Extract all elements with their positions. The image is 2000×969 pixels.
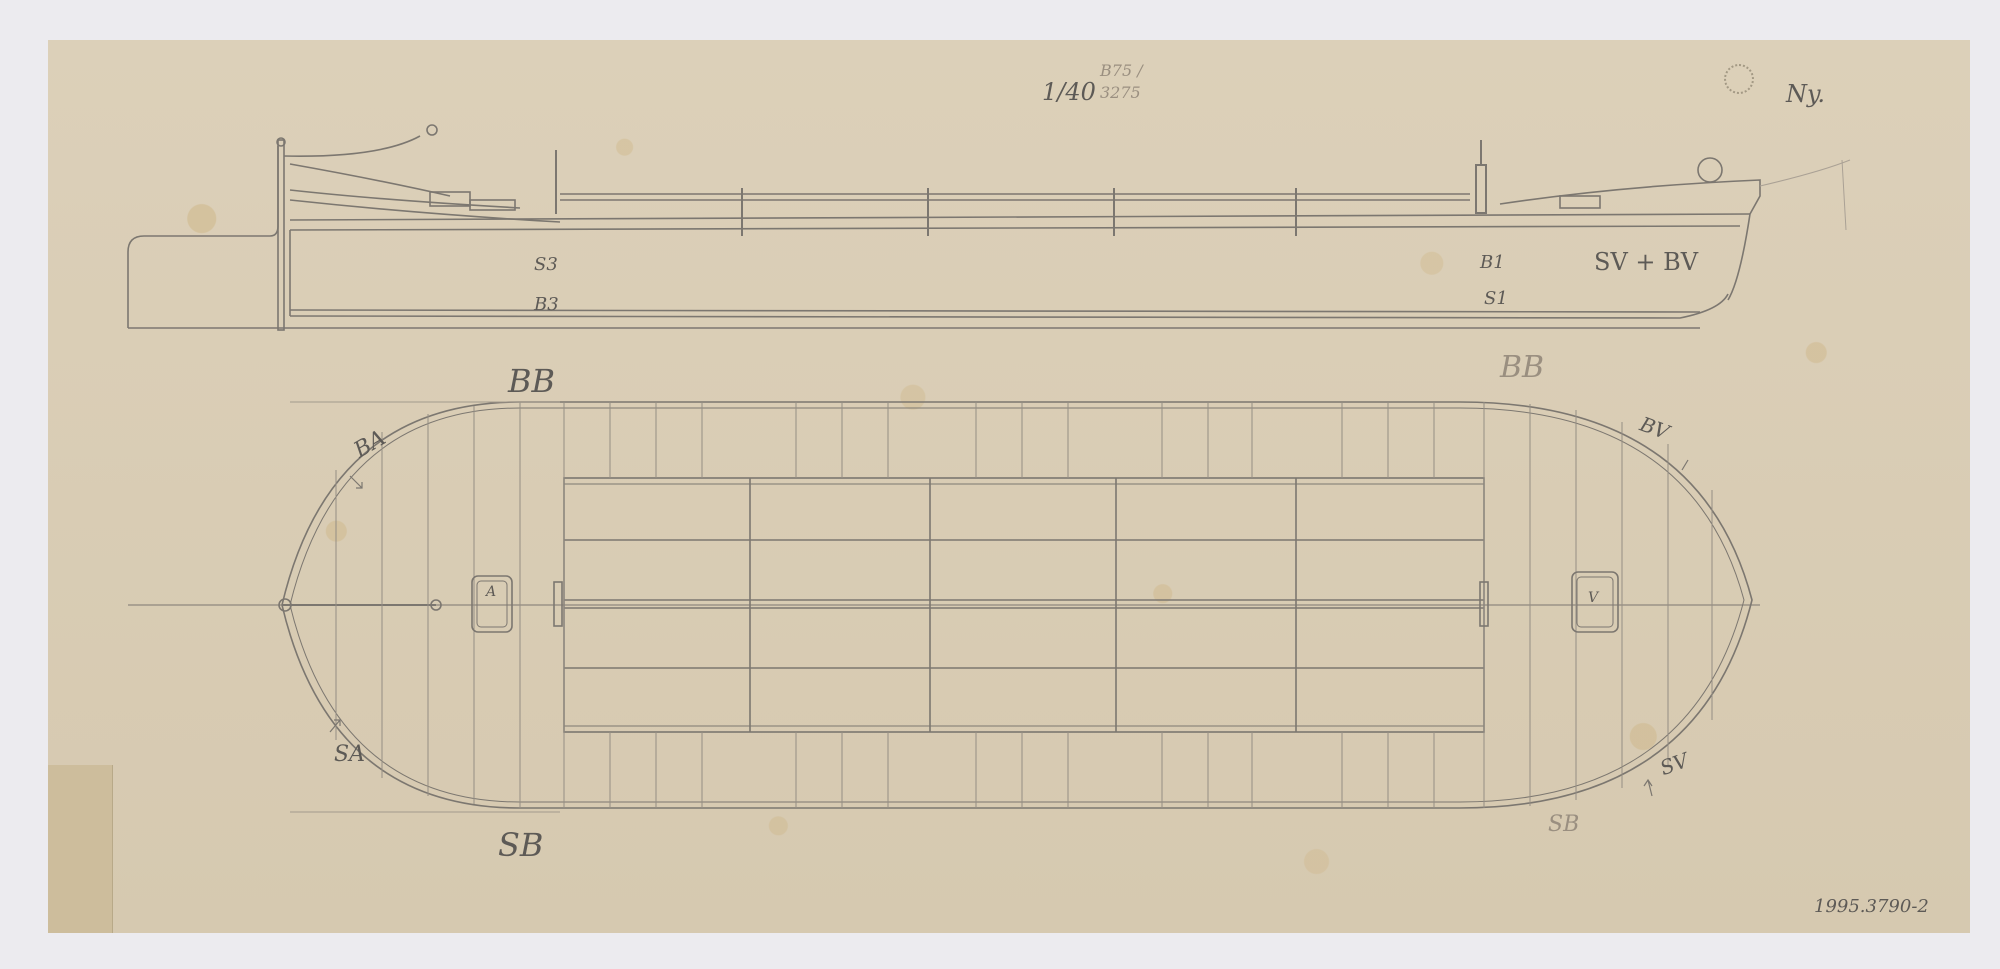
- label-b3: B3: [534, 294, 559, 315]
- collection-stamp: [1724, 64, 1754, 94]
- label-bb: BB: [508, 362, 555, 400]
- hatch-aft-label: A: [486, 584, 496, 600]
- ship-drawing: [0, 0, 2000, 969]
- label-sa: SA: [334, 742, 365, 767]
- label-sv-bv: SV + BV: [1594, 248, 1698, 276]
- label-s3: S3: [534, 254, 558, 275]
- signature: Ny.: [1786, 80, 1825, 108]
- label-sb: SB: [498, 826, 543, 864]
- label-bb-faint: BB: [1500, 350, 1544, 385]
- side-elevation: [128, 125, 1850, 330]
- faint-numbers: B75 / 3275: [1100, 60, 1160, 104]
- label-b1: B1: [1480, 252, 1505, 273]
- label-s1: S1: [1484, 288, 1508, 309]
- inventory-number: 1995.3790-2: [1814, 896, 1929, 917]
- label-sb-faint: SB: [1548, 812, 1579, 837]
- hatch-fore-label: V: [1588, 590, 1598, 606]
- plan-view: [128, 402, 1760, 812]
- scale-label: 1/40: [1042, 78, 1096, 106]
